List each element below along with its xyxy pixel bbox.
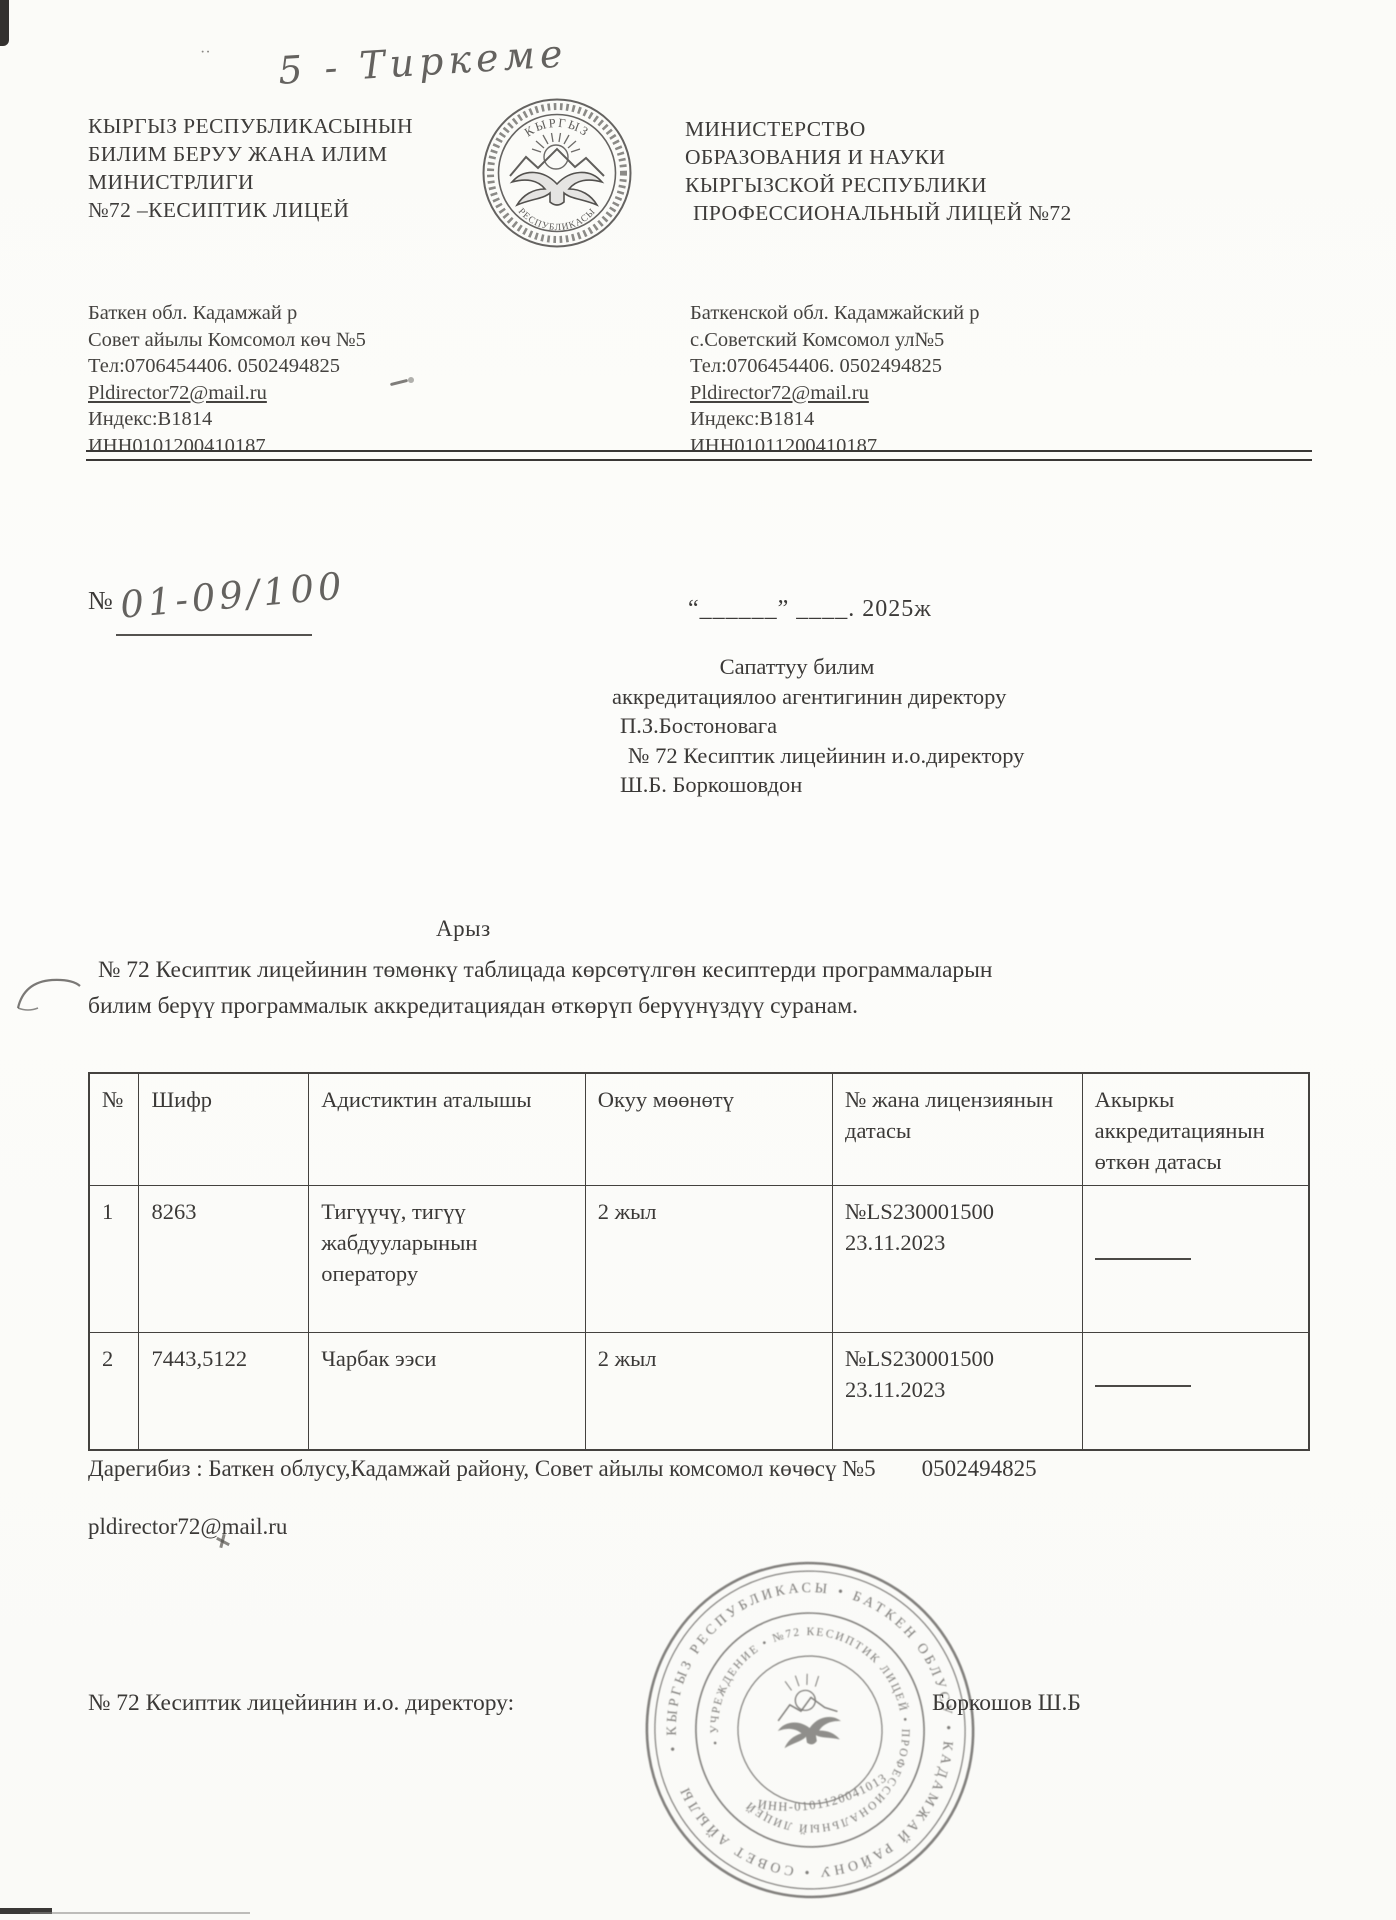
scan-speck: ·· bbox=[200, 44, 211, 62]
cell-license: №LS230001500 23.11.2023 bbox=[833, 1333, 1083, 1451]
svg-text:РЕСПУБЛИКАСЫ: РЕСПУБЛИКАСЫ bbox=[516, 207, 598, 233]
handwritten-reference-number: 01-09/100 bbox=[119, 564, 348, 627]
addressee-line: № 72 Кесиптик лицейинин и.о.директору bbox=[612, 741, 1042, 771]
letterhead-kyrgyz-line: МИНИСТРЛИГИ bbox=[88, 168, 498, 196]
cell-code: 8263 bbox=[139, 1186, 309, 1333]
footer-phone: 0502494825 bbox=[922, 1456, 1037, 1482]
col-header-num: № bbox=[89, 1073, 139, 1186]
emblem-mountains bbox=[510, 149, 604, 176]
blank-underline bbox=[1095, 1385, 1191, 1387]
cell-last-accreditation bbox=[1082, 1186, 1309, 1333]
footer-address: Дарегибиз : Баткен облусу,Кадамжай район… bbox=[88, 1456, 876, 1482]
addressee-line: Сапаттуу билим bbox=[612, 652, 1042, 682]
emblem-falcon bbox=[512, 172, 602, 205]
address-block-kyrgyz: Баткен обл. Кадамжай р Совет айылы Комсо… bbox=[88, 300, 518, 459]
license-date: 23.11.2023 bbox=[845, 1230, 945, 1255]
footer-contact-line: Дарегибиз : Баткен облусу,Кадамжай район… bbox=[88, 1456, 1037, 1482]
cell-name: Чарбак ээси bbox=[309, 1333, 586, 1451]
letterhead-kyrgyz-line: БИЛИМ БЕРУУ ЖАНА ИЛИМ bbox=[88, 140, 498, 168]
body-paragraph: № 72 Кесиптик лицейинин төмөнкү таблицад… bbox=[88, 952, 1040, 1024]
col-header-duration: Окуу мөөнөтү bbox=[585, 1073, 832, 1186]
license-date: 23.11.2023 bbox=[845, 1377, 945, 1402]
cell-last-accreditation bbox=[1082, 1333, 1309, 1451]
letterhead-kyrgyz: КЫРГЫЗ РЕСПУБЛИКАСЫНЫН БИЛИМ БЕРУУ ЖАНА … bbox=[88, 112, 498, 224]
handwritten-attachment-note: 5 - Тиркеме bbox=[277, 31, 569, 93]
table-row: 2 7443,5122 Чарбак ээси 2 жыл №LS2300015… bbox=[89, 1333, 1309, 1451]
license-number: №LS230001500 bbox=[845, 1346, 994, 1371]
scanned-document-page: ·· 5 - Тиркеме КЫРГЫЗ РЕСПУБЛИКАСЫНЫН БИ… bbox=[0, 0, 1396, 1920]
cell-num: 2 bbox=[89, 1333, 139, 1451]
footer-email: pldirector72@mail.ru bbox=[88, 1514, 287, 1540]
address-line: Тел:0706454406. 0502494825 bbox=[690, 353, 1130, 380]
scan-artifact-edge bbox=[30, 1912, 250, 1914]
letterhead-russian-line: ОБРАЗОВАНИЯ И НАУКИ bbox=[685, 143, 1125, 171]
address-line: Баткен обл. Кадамжай р bbox=[88, 300, 518, 327]
state-emblem-icon: КЫРГЫЗ РЕСПУБЛИКАСЫ bbox=[480, 96, 634, 250]
address-line: Баткенской обл. Кадамжайский р bbox=[690, 300, 1130, 327]
scan-artifact-edge bbox=[0, 1908, 52, 1914]
cell-duration: 2 жыл bbox=[585, 1186, 832, 1333]
letterhead-kyrgyz-line: КЫРГЫЗ РЕСПУБЛИКАСЫНЫН bbox=[88, 112, 498, 140]
letterhead-russian-line: МИНИСТЕРСТВО bbox=[685, 115, 1125, 143]
addressee-line: П.З.Бостоновага bbox=[612, 711, 1042, 741]
letterhead-divider bbox=[86, 450, 1312, 461]
address-line: Совет айылы Комсомол көч №5 bbox=[88, 327, 518, 354]
address-line: Индекс:В1814 bbox=[690, 406, 1130, 433]
scan-artifact-curl bbox=[14, 968, 94, 1028]
col-header-code: Шифр bbox=[139, 1073, 309, 1186]
address-line: с.Советский Комсомол ул№5 bbox=[690, 327, 1130, 354]
col-header-name: Адистиктин аталышы bbox=[309, 1073, 586, 1186]
addressee-line: Ш.Б. Боркошовдон bbox=[612, 770, 1042, 800]
svg-text:ИНН-0101120041013: ИНН-0101120041013 bbox=[754, 1769, 893, 1820]
scan-artifact-corner bbox=[0, 0, 9, 46]
cell-name: Тигүүчү, тигүү жабдууларынын оператору bbox=[309, 1186, 586, 1333]
stamp-inn-text: ИНН-0101120041013 bbox=[754, 1769, 893, 1820]
letterhead-russian-line: КЫРГЫЗСКОЙ РЕСПУБЛИКИ bbox=[685, 171, 1125, 199]
letterhead-russian-line: ПРОФЕССИОНАЛЬНЫЙ ЛИЦЕЙ №72 bbox=[685, 199, 1125, 227]
cell-num: 1 bbox=[89, 1186, 139, 1333]
addressee-line: аккредитациялоо агентигинин директору bbox=[612, 682, 1042, 712]
stamp-center-emblem bbox=[770, 1670, 844, 1750]
address-block-russian: Баткенской обл. Кадамжайский р с.Советск… bbox=[690, 300, 1130, 459]
table-row: 1 8263 Тигүүчү, тигүү жабдууларынын опер… bbox=[89, 1186, 1309, 1333]
letterhead-kyrgyz-line: №72 –КЕСИПТИК ЛИЦЕЙ bbox=[88, 196, 498, 224]
cell-duration: 2 жыл bbox=[585, 1333, 832, 1451]
email-address: Pldirector72@mail.ru bbox=[690, 380, 1130, 407]
professions-table: № Шифр Адистиктин аталышы Окуу мөөнөтү №… bbox=[88, 1072, 1310, 1451]
address-line: Тел:0706454406. 0502494825 bbox=[88, 353, 518, 380]
document-title: Арыз bbox=[436, 916, 491, 942]
official-round-stamp: • КЫРГЫЗ РЕСПУБЛИКАСЫ • БАТКЕН ОБЛУСУ • … bbox=[613, 1533, 1007, 1920]
addressee-block: Сапаттуу билим аккредитациялоо агентигин… bbox=[612, 652, 1042, 800]
letterhead-russian: МИНИСТЕРСТВО ОБРАЗОВАНИЯ И НАУКИ КЫРГЫЗС… bbox=[685, 115, 1125, 227]
email-address: Pldirector72@mail.ru bbox=[88, 380, 518, 407]
signature-name: Боркошов Ш.Б bbox=[932, 1690, 1081, 1717]
signature-label: № 72 Кесиптик лицейинин и.о. директору: bbox=[88, 1690, 514, 1717]
col-header-license: № жана лицензиянын датасы bbox=[833, 1073, 1083, 1186]
blank-underline bbox=[1095, 1258, 1191, 1260]
table-header-row: № Шифр Адистиктин аталышы Окуу мөөнөтү №… bbox=[89, 1073, 1309, 1186]
cell-code: 7443,5122 bbox=[139, 1333, 309, 1451]
date-line: “______” ____. 2025ж bbox=[688, 596, 932, 623]
reference-number-label: № bbox=[88, 586, 113, 616]
license-number: №LS230001500 bbox=[845, 1199, 994, 1224]
emblem-bottom-text: РЕСПУБЛИКАСЫ bbox=[516, 207, 598, 233]
address-line: Индекс:В1814 bbox=[88, 406, 518, 433]
reference-underline bbox=[116, 634, 312, 636]
cell-license: №LS230001500 23.11.2023 bbox=[833, 1186, 1083, 1333]
col-header-accreditation: Акыркы аккредитациянын өткөн датасы bbox=[1082, 1073, 1309, 1186]
